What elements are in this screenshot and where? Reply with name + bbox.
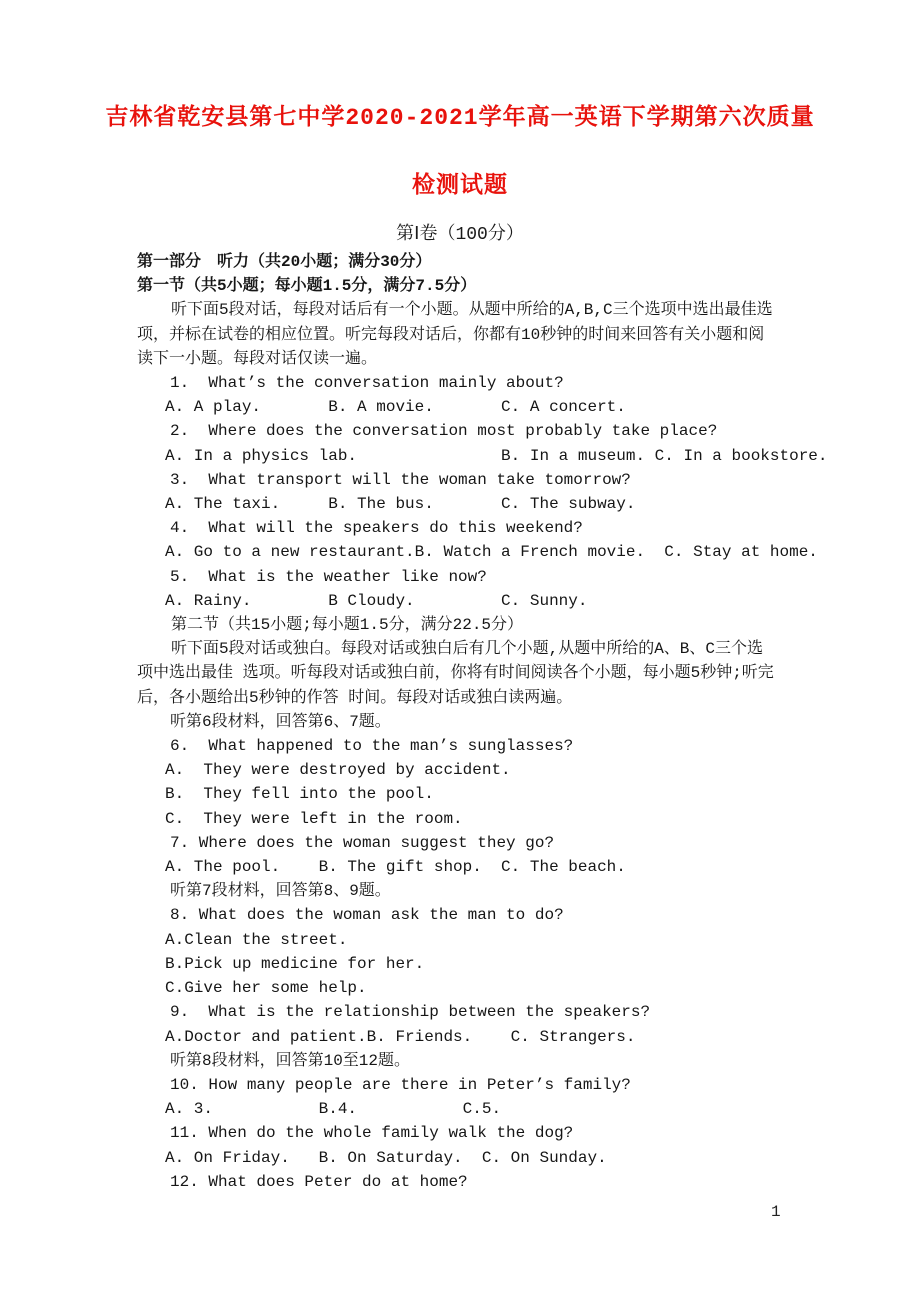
question-line: 5. What is the weather like now? [137,565,896,589]
instruction-text: 项，并标在试卷的相应位置。听完每段对话后，你都有10秒钟的时间来回答有关小题和阅 [137,323,896,347]
document-title-line2: 检测试题 [412,173,508,199]
option-line: A. They were destroyed by accident. [137,758,896,782]
option-line: A.Clean the street. [137,928,896,952]
question-line: 1. What’s the conversation mainly about? [137,371,896,395]
option-line: A. Rainy. B Cloudy. C. Sunny. [137,589,896,613]
question-line: 11. When do the whole family walk the do… [137,1121,896,1145]
option-line: A. 3. B.4. C.5. [137,1097,896,1121]
question-line: 2. Where does the conversation most prob… [137,419,896,443]
instruction-text: 听下面5段对话，每段对话后有一个小题。从题中所给的A,B,C三个选项中选出最佳选 [137,298,896,322]
instruction-text: 后，各小题给出5秒钟的作答 时间。每段对话或独白读两遍。 [137,686,896,710]
question-line: 9. What is the relationship between the … [137,1000,896,1024]
material-prompt: 听第8段材料，回答第10至12题。 [137,1049,896,1073]
option-line: A. Go to a new restaurant.B. Watch a Fre… [137,540,896,564]
question-line: 10. How many people are there in Peter’s… [137,1073,896,1097]
document-page: 吉林省乾安县第七中学2020-2021学年高一英语下学期第六次质量 检测试题 第… [0,0,920,1302]
question-line: 3. What transport will the woman take to… [137,468,896,492]
option-line: A. The pool. B. The gift shop. C. The be… [137,855,896,879]
document-body: 第一部分 听力（共20小题；满分30分）第一节（共5小题；每小题1.5分，满分7… [0,250,920,1194]
option-line: C.Give her some help. [137,976,896,1000]
question-line: 4. What will the speakers do this weeken… [137,516,896,540]
instruction-text: 第二节（共15小题;每小题1.5分，满分22.5分） [137,613,896,637]
instruction-text: 项中选出最佳 选项。听每段对话或独白前，你将有时间阅读各个小题，每小题5秒钟;听… [137,661,896,685]
section-heading: 第一部分 听力（共20小题；满分30分） [137,250,896,274]
question-line: 8. What does the woman ask the man to do… [137,903,896,927]
instruction-text: 听下面5段对话或独白。每段对话或独白后有几个小题,从题中所给的A、B、C三个选 [137,637,896,661]
option-line: A. The taxi. B. The bus. C. The subway. [137,492,896,516]
option-line: C. They were left in the room. [137,807,896,831]
option-line: A.Doctor and patient.B. Friends. C. Stra… [137,1025,896,1049]
option-line: A. On Friday. B. On Saturday. C. On Sund… [137,1146,896,1170]
section-heading: 第一节（共5小题；每小题1.5分，满分7.5分） [137,274,896,298]
instruction-text: 读下一小题。每段对话仅读一遍。 [137,347,896,371]
page-number: 1 [771,1203,781,1221]
material-prompt: 听第7段材料，回答第8、9题。 [137,879,896,903]
question-line: 12. What does Peter do at home? [137,1170,896,1194]
option-line: A. In a physics lab. B. In a museum. C. … [137,444,896,468]
question-line: 6. What happened to the man’s sunglasses… [137,734,896,758]
volume-heading: 第Ⅰ卷（100分） [0,220,920,250]
question-line: 7. Where does the woman suggest they go? [137,831,896,855]
material-prompt: 听第6段材料，回答第6、7题。 [137,710,896,734]
option-line: B.Pick up medicine for her. [137,952,896,976]
document-title: 吉林省乾安县第七中学2020-2021学年高一英语下学期第六次质量 检测试题 [0,0,920,220]
document-title-line1: 吉林省乾安县第七中学2020-2021学年高一英语下学期第六次质量 [105,105,814,131]
option-line: A. A play. B. A movie. C. A concert. [137,395,896,419]
option-line: B. They fell into the pool. [137,782,896,806]
